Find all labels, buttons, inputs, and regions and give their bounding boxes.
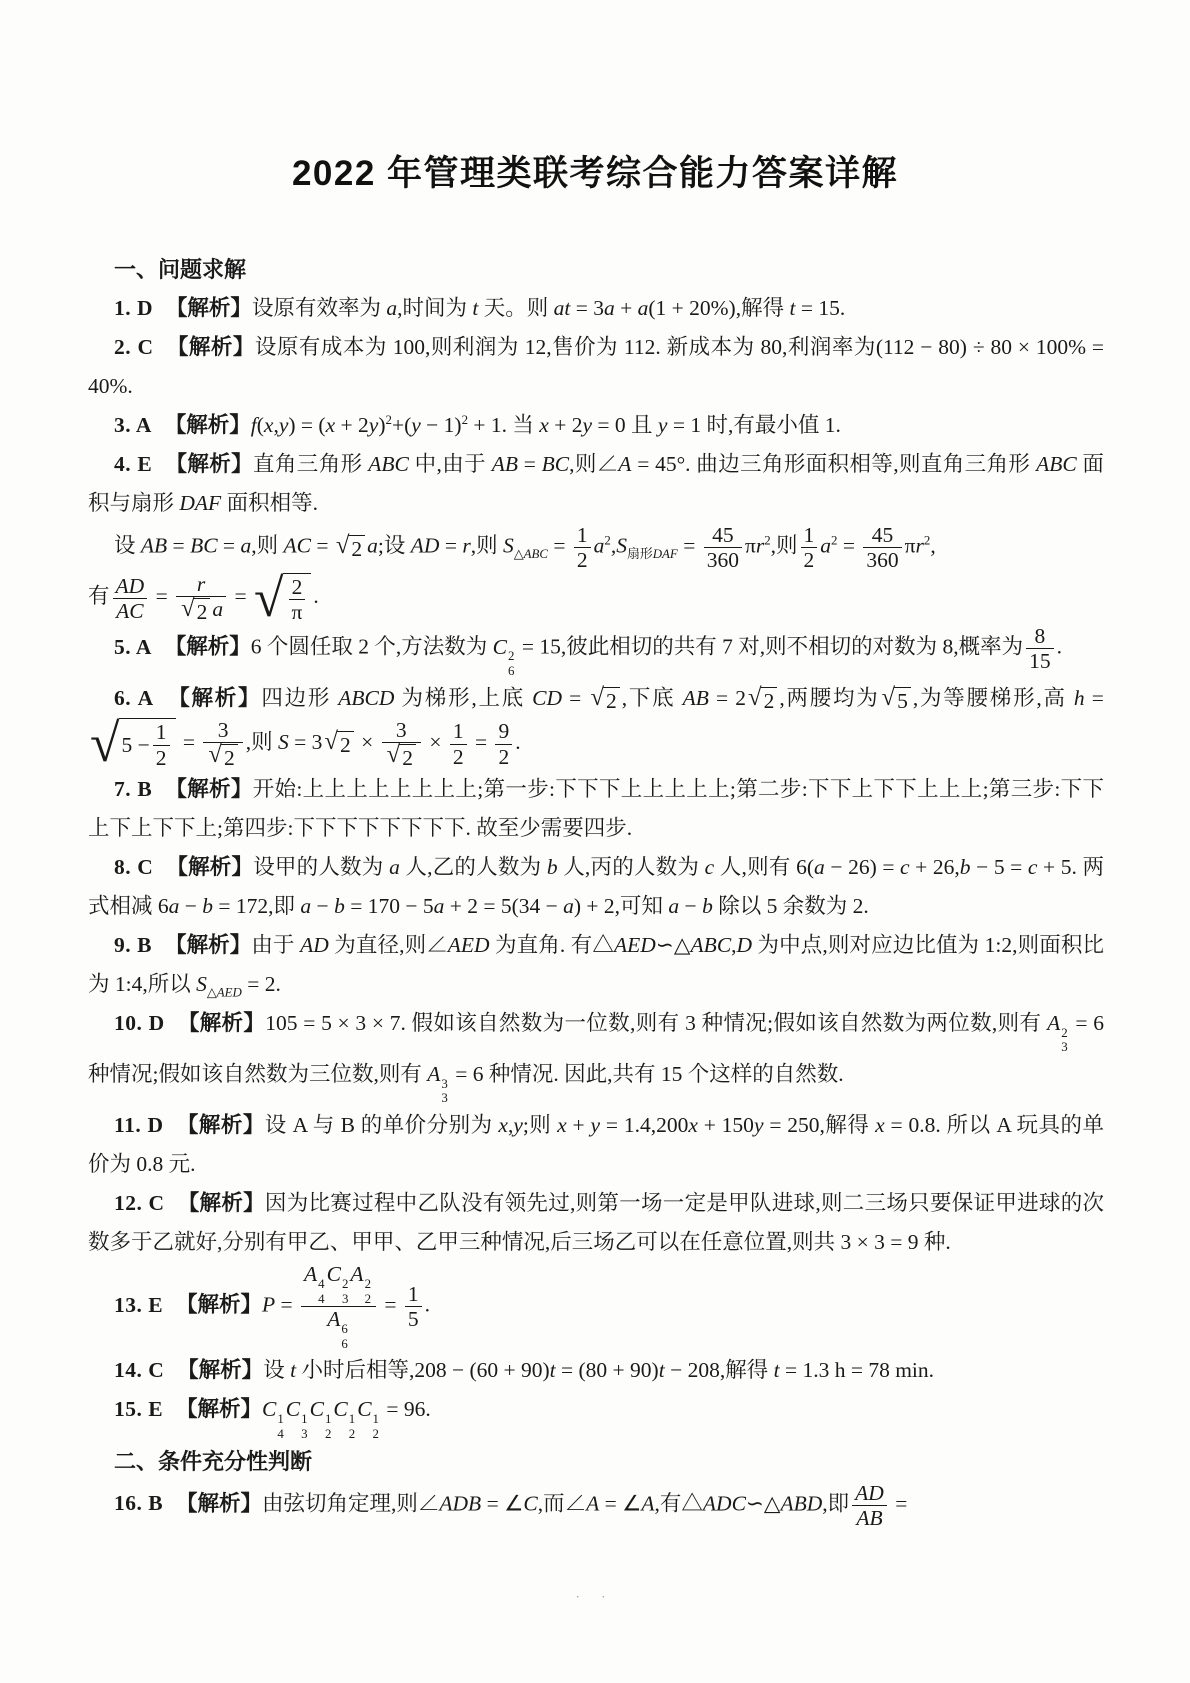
answer-number: 6. A (114, 686, 154, 710)
footer-mark: · · (0, 1589, 1190, 1605)
document-content: 一、问题求解1. D【解析】设原有效率为 a,时间为 t 天。则 at = 3a… (88, 250, 1104, 1530)
answer-item: 8. C【解析】设甲的人数为 a 人,乙的人数为 b 人,丙的人数为 c 人,则… (88, 848, 1104, 926)
paragraph: 设 AB = BC = a,则 AC = √2a;设 AD = r,则 S△AB… (88, 523, 1104, 572)
paragraph: 6. A【解析】四边形 ABCD 为梯形,上底 CD = √2,下底 AB = … (88, 679, 1104, 770)
answer-number: 3. A (114, 413, 152, 437)
answer-item: 4. E【解析】直角三角形 ABC 中,由于 AB = BC,则∠A = 45°… (88, 445, 1104, 624)
answer-item: 2. C【解析】设原有成本为 100,则利润为 12,售价为 112. 新成本为… (88, 328, 1104, 406)
answer-number: 11. D (114, 1113, 164, 1137)
answer-item: 3. A【解析】f(x,y) = (x + 2y)2+(y − 1)2 + 1.… (88, 406, 1104, 445)
paragraph: 10. D【解析】105 = 5 × 3 × 7. 假如该自然数为一位数,则有 … (88, 1004, 1104, 1106)
answer-item: 16. B【解析】由弦切角定理,则∠ADB = ∠C,而∠A = ∠A,有△AD… (88, 1481, 1104, 1530)
answer-number: 1. D (114, 296, 153, 320)
answer-item: 14. C【解析】设 t 小时后相等,208 − (60 + 90)t = (8… (88, 1351, 1104, 1390)
paragraph: 14. C【解析】设 t 小时后相等,208 − (60 + 90)t = (8… (88, 1351, 1104, 1390)
section-heading: 二、条件充分性判断 (88, 1442, 1104, 1481)
document-page: 2022 年管理类联考综合能力答案详解 一、问题求解1. D【解析】设原有效率为… (0, 0, 1190, 1683)
answer-number: 16. B (114, 1491, 163, 1515)
answer-number: 2. C (114, 335, 154, 359)
answer-item: 1. D【解析】设原有效率为 a,时间为 t 天。则 at = 3a + a(1… (88, 289, 1104, 328)
paragraph: 5. A【解析】6 个圆任取 2 个,方法数为 C26 = 15,彼此相切的共有… (88, 624, 1104, 679)
answer-number: 13. E (114, 1293, 163, 1317)
answer-number: 9. B (114, 933, 152, 957)
paragraph: 3. A【解析】f(x,y) = (x + 2y)2+(y − 1)2 + 1.… (88, 406, 1104, 445)
paragraph: 13. E【解析】P = A44C23A22A66 = 15. (88, 1262, 1104, 1351)
page-title: 2022 年管理类联考综合能力答案详解 (0, 0, 1190, 196)
answer-item: 15. E【解析】C14C13C12C12C12 = 96. (88, 1390, 1104, 1441)
paragraph: 9. B【解析】由于 AD 为直径,则∠AED 为直角. 有△AED∽△ABC,… (88, 926, 1104, 1004)
paragraph: 2. C【解析】设原有成本为 100,则利润为 12,售价为 112. 新成本为… (88, 328, 1104, 406)
answer-item: 9. B【解析】由于 AD 为直径,则∠AED 为直角. 有△AED∽△ABC,… (88, 926, 1104, 1004)
answer-number: 14. C (114, 1358, 164, 1382)
paragraph: 12. C【解析】因为比赛过程中乙队没有领先过,则第一场一定是甲队进球,则二三场… (88, 1184, 1104, 1262)
paragraph: 有ADAC = r√2a = √2π. (88, 572, 1104, 624)
paragraph: 4. E【解析】直角三角形 ABC 中,由于 AB = BC,则∠A = 45°… (88, 445, 1104, 523)
answer-number: 8. C (114, 855, 153, 879)
answer-item: 13. E【解析】P = A44C23A22A66 = 15. (88, 1262, 1104, 1351)
section-heading: 一、问题求解 (88, 250, 1104, 289)
answer-item: 11. D【解析】设 A 与 B 的单价分别为 x,y;则 x + y = 1.… (88, 1106, 1104, 1184)
answer-number: 5. A (114, 635, 152, 659)
answer-number: 15. E (114, 1397, 163, 1421)
answer-number: 7. B (114, 777, 152, 801)
answer-item: 6. A【解析】四边形 ABCD 为梯形,上底 CD = √2,下底 AB = … (88, 679, 1104, 770)
answer-item: 5. A【解析】6 个圆任取 2 个,方法数为 C26 = 15,彼此相切的共有… (88, 624, 1104, 679)
answer-number: 10. D (114, 1011, 165, 1035)
answer-number: 12. C (114, 1191, 165, 1215)
answer-item: 7. B【解析】开始:上上上上上上上上;第一步:下下下上上上上上;第二步:下下上… (88, 770, 1104, 848)
answer-item: 10. D【解析】105 = 5 × 3 × 7. 假如该自然数为一位数,则有 … (88, 1004, 1104, 1106)
paragraph: 11. D【解析】设 A 与 B 的单价分别为 x,y;则 x + y = 1.… (88, 1106, 1104, 1184)
paragraph: 16. B【解析】由弦切角定理,则∠ADB = ∠C,而∠A = ∠A,有△AD… (88, 1481, 1104, 1530)
paragraph: 8. C【解析】设甲的人数为 a 人,乙的人数为 b 人,丙的人数为 c 人,则… (88, 848, 1104, 926)
answer-number: 4. E (114, 452, 152, 476)
paragraph: 1. D【解析】设原有效率为 a,时间为 t 天。则 at = 3a + a(1… (88, 289, 1104, 328)
paragraph: 7. B【解析】开始:上上上上上上上上;第一步:下下下上上上上上;第二步:下下上… (88, 770, 1104, 848)
answer-item: 12. C【解析】因为比赛过程中乙队没有领先过,则第一场一定是甲队进球,则二三场… (88, 1184, 1104, 1262)
paragraph: 15. E【解析】C14C13C12C12C12 = 96. (88, 1390, 1104, 1441)
